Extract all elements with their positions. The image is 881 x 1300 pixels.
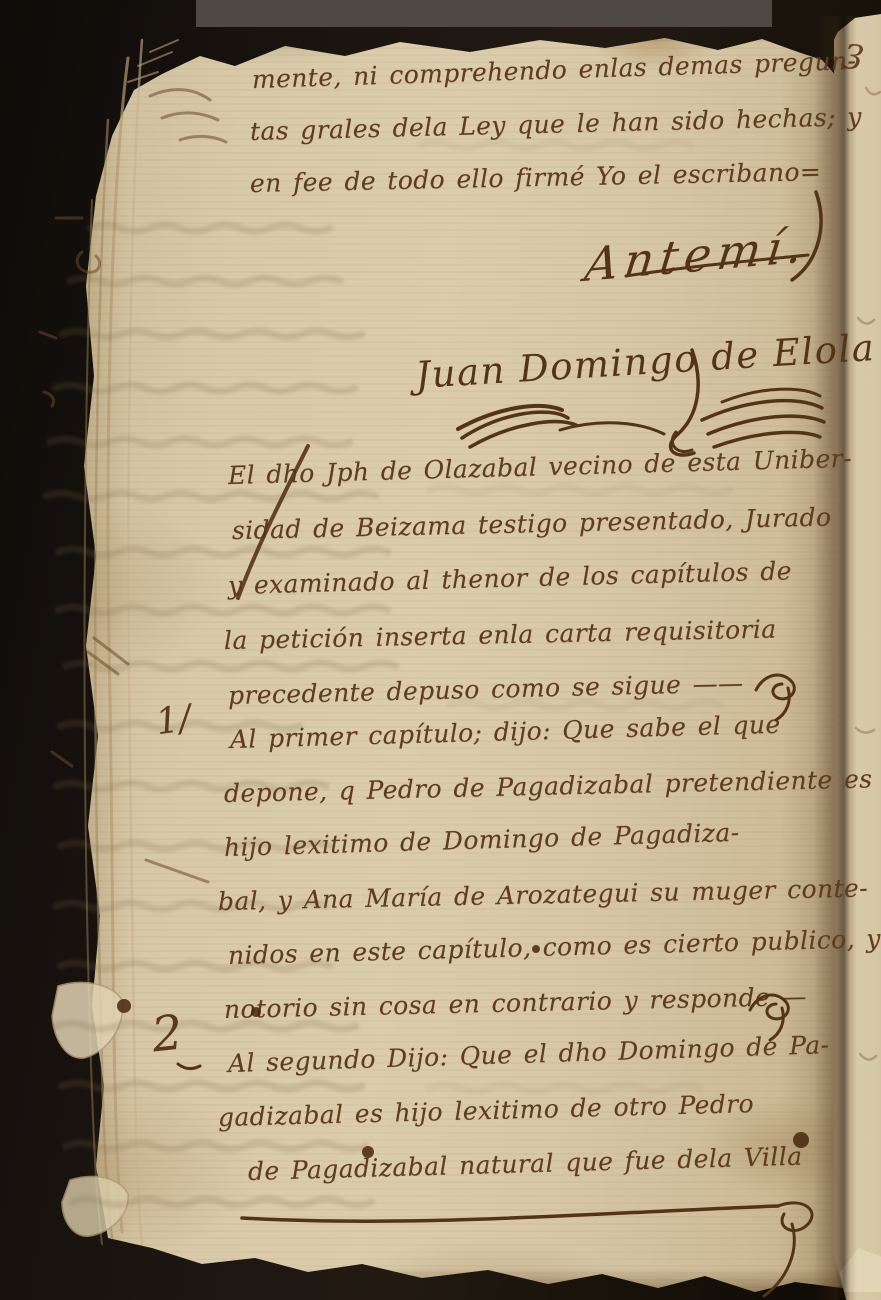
manuscript-photo: 3 mente, ni comprehendo enlas demas preg… <box>0 0 881 1300</box>
margin-item-number: 1/ <box>153 698 193 743</box>
facing-page-edge: 3 <box>834 14 881 1300</box>
facing-page-torn-corner <box>840 1248 881 1292</box>
margin-item-number: 2 <box>149 1005 185 1064</box>
background-shelf-edge <box>196 0 772 27</box>
